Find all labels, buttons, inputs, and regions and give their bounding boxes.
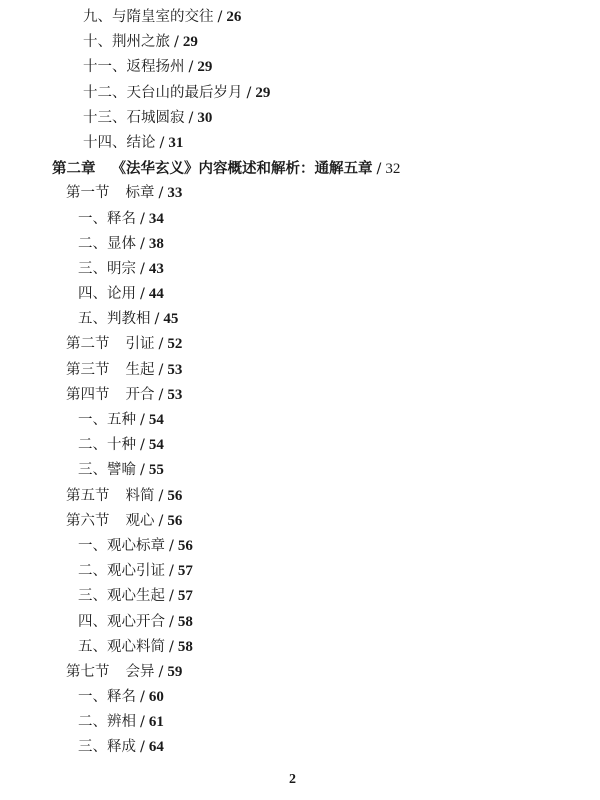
toc-entry-page: 56 [178,538,193,554]
toc-separator: / [159,185,164,201]
toc-separator: / [155,311,160,327]
toc-separator: / [159,336,164,352]
toc-separator: / [169,538,174,554]
toc-entry-page: 57 [178,563,193,579]
toc-entry-prefix: 第二章 [52,160,96,177]
toc-entry-title: 生起 [126,362,155,378]
toc-entry-section: 第二节引证/52 [0,332,600,357]
toc-separator: / [159,362,164,378]
toc-entry-item1: 十二、天台山的最后岁月/29 [0,81,600,106]
toc-entry-item1: 十一、返程扬州/29 [0,55,600,80]
toc-entry-page: 56 [167,513,182,529]
toc-separator: / [140,236,145,252]
toc-entry-page: 56 [167,488,182,504]
toc-entry-page: 32 [385,161,400,177]
toc-entry-item2: 四、观心开合/58 [0,610,600,635]
toc-entry-page: 45 [163,311,178,327]
toc-separator: / [174,34,179,50]
toc-separator: / [140,739,145,755]
toc-entry-page: 60 [149,689,164,705]
toc-entry-title: 十二、天台山的最后岁月 [83,85,243,101]
toc-entry-prefix: 第七节 [66,664,110,680]
toc-entry-item2: 二、观心引证/57 [0,559,600,584]
toc-separator: / [140,689,145,705]
toc-entry-title: 三、释成 [78,739,136,755]
toc-entry-page: 30 [197,110,212,126]
toc-entry-page: 33 [167,185,182,201]
toc-entry-title: 十三、石城圆寂 [83,110,185,126]
toc-entry-title: 会异 [126,664,155,680]
toc-entry-item2: 三、明宗/43 [0,257,600,282]
toc-separator: / [189,59,194,75]
toc-entry-chapter: 第二章《法华玄义》内容概述和解析：通解五章/32 [0,156,600,181]
toc-separator: / [140,437,145,453]
toc-entry-item2: 三、观心生起/57 [0,584,600,609]
toc-entry-item2: 一、释名/34 [0,207,600,232]
toc-entry-title: 标章 [126,185,155,201]
toc-entry-item1: 九、与隋皇室的交往/26 [0,5,600,30]
toc-entry-title: 料简 [126,488,155,504]
toc-entry-title: 三、譬喻 [78,462,136,478]
toc-separator: / [140,286,145,302]
toc-entry-page: 29 [197,59,212,75]
toc-entry-page: 54 [149,412,164,428]
toc-entry-item2: 三、譬喻/55 [0,458,600,483]
toc-separator: / [169,639,174,655]
toc-separator: / [169,563,174,579]
toc-entry-page: 53 [167,362,182,378]
toc-separator: / [140,462,145,478]
toc-entry-page: 29 [255,85,270,101]
toc-separator: / [140,714,145,730]
toc-entry-prefix: 第五节 [66,488,110,504]
toc-entry-title: 五、观心料简 [78,639,165,655]
toc-entry-title: 二、辨相 [78,714,136,730]
toc-entry-title: 引证 [126,336,155,352]
toc-entry-section: 第三节生起/53 [0,358,600,383]
toc-entry-title: 观心 [126,513,155,529]
toc-separator: / [160,135,165,151]
toc-entry-title: 一、释名 [78,689,136,705]
toc-separator: / [169,588,174,604]
toc-entry-title: 十、荆州之旅 [83,34,170,50]
toc-entry-page: 53 [167,387,182,403]
toc-entry-title: 四、观心开合 [78,614,165,630]
toc-entry-title: 九、与隋皇室的交往 [83,9,214,25]
toc-entry-item2: 一、五种/54 [0,408,600,433]
toc-entry-prefix: 第六节 [66,513,110,529]
toc-entry-page: 31 [168,135,183,151]
toc-entry-section: 第六节观心/56 [0,509,600,534]
toc-entry-item2: 二、辨相/61 [0,710,600,735]
toc-separator: / [159,387,164,403]
toc-separator: / [189,110,194,126]
toc-entry-page: 54 [149,437,164,453]
toc-entry-page: 26 [226,9,241,25]
toc-entry-title: 四、论用 [78,286,136,302]
toc-entry-prefix: 第一节 [66,185,110,201]
toc-entry-title: 三、观心生起 [78,588,165,604]
toc-entry-prefix: 第四节 [66,387,110,403]
toc-entry-item2: 三、释成/64 [0,735,600,760]
toc-entry-item1: 十、荆州之旅/29 [0,30,600,55]
toc-entry-item2: 一、释名/60 [0,685,600,710]
toc-entry-title: 十一、返程扬州 [83,59,185,75]
toc-entry-title: 二、观心引证 [78,563,165,579]
toc-entry-title: 《法华玄义》内容概述和解析：通解五章 [112,160,373,177]
toc-entry-page: 44 [149,286,164,302]
toc-entry-item2: 二、显体/38 [0,232,600,257]
toc-entry-item2: 五、观心料简/58 [0,635,600,660]
toc-entry-page: 55 [149,462,164,478]
toc-entry-page: 29 [183,34,198,50]
toc-separator: / [159,664,164,680]
toc-separator: / [140,211,145,227]
toc-entry-page: 61 [149,714,164,730]
toc-entry-page: 57 [178,588,193,604]
toc-entry-page: 64 [149,739,164,755]
toc-entry-section: 第五节料简/56 [0,484,600,509]
toc-entry-title: 一、释名 [78,211,136,227]
toc-separator: / [169,614,174,630]
toc-entry-section: 第四节开合/53 [0,383,600,408]
toc-entry-title: 二、十种 [78,437,136,453]
toc-separator: / [377,161,382,177]
toc-entry-page: 38 [149,236,164,252]
toc-entry-page: 52 [167,336,182,352]
toc-entry-page: 59 [167,664,182,680]
toc-separator: / [218,9,223,25]
toc-entry-page: 58 [178,614,193,630]
toc-entry-section: 第一节标章/33 [0,181,600,206]
toc-entry-item2: 二、十种/54 [0,433,600,458]
toc-entry-item1: 十三、石城圆寂/30 [0,106,600,131]
toc-separator: / [247,85,252,101]
toc-entry-item1: 十四、结论/31 [0,131,600,156]
toc-entry-title: 开合 [126,387,155,403]
toc-separator: / [159,513,164,529]
toc-entry-title: 十四、结论 [83,135,156,151]
toc-entry-title: 一、观心标章 [78,538,165,554]
table-of-contents: 九、与隋皇室的交往/26十、荆州之旅/29十一、返程扬州/29十二、天台山的最后… [0,5,600,761]
toc-entry-title: 五、判教相 [78,311,151,327]
toc-separator: / [159,488,164,504]
toc-entry-item2: 一、观心标章/56 [0,534,600,559]
toc-entry-title: 一、五种 [78,412,136,428]
page-number: 2 [289,772,296,788]
toc-entry-title: 二、显体 [78,236,136,252]
toc-entry-page: 43 [149,261,164,277]
toc-entry-item2: 五、判教相/45 [0,307,600,332]
toc-separator: / [140,261,145,277]
toc-entry-page: 34 [149,211,164,227]
toc-entry-section: 第七节会异/59 [0,660,600,685]
toc-separator: / [140,412,145,428]
toc-entry-prefix: 第三节 [66,362,110,378]
toc-entry-item2: 四、论用/44 [0,282,600,307]
toc-entry-prefix: 第二节 [66,336,110,352]
toc-entry-title: 三、明宗 [78,261,136,277]
toc-entry-page: 58 [178,639,193,655]
